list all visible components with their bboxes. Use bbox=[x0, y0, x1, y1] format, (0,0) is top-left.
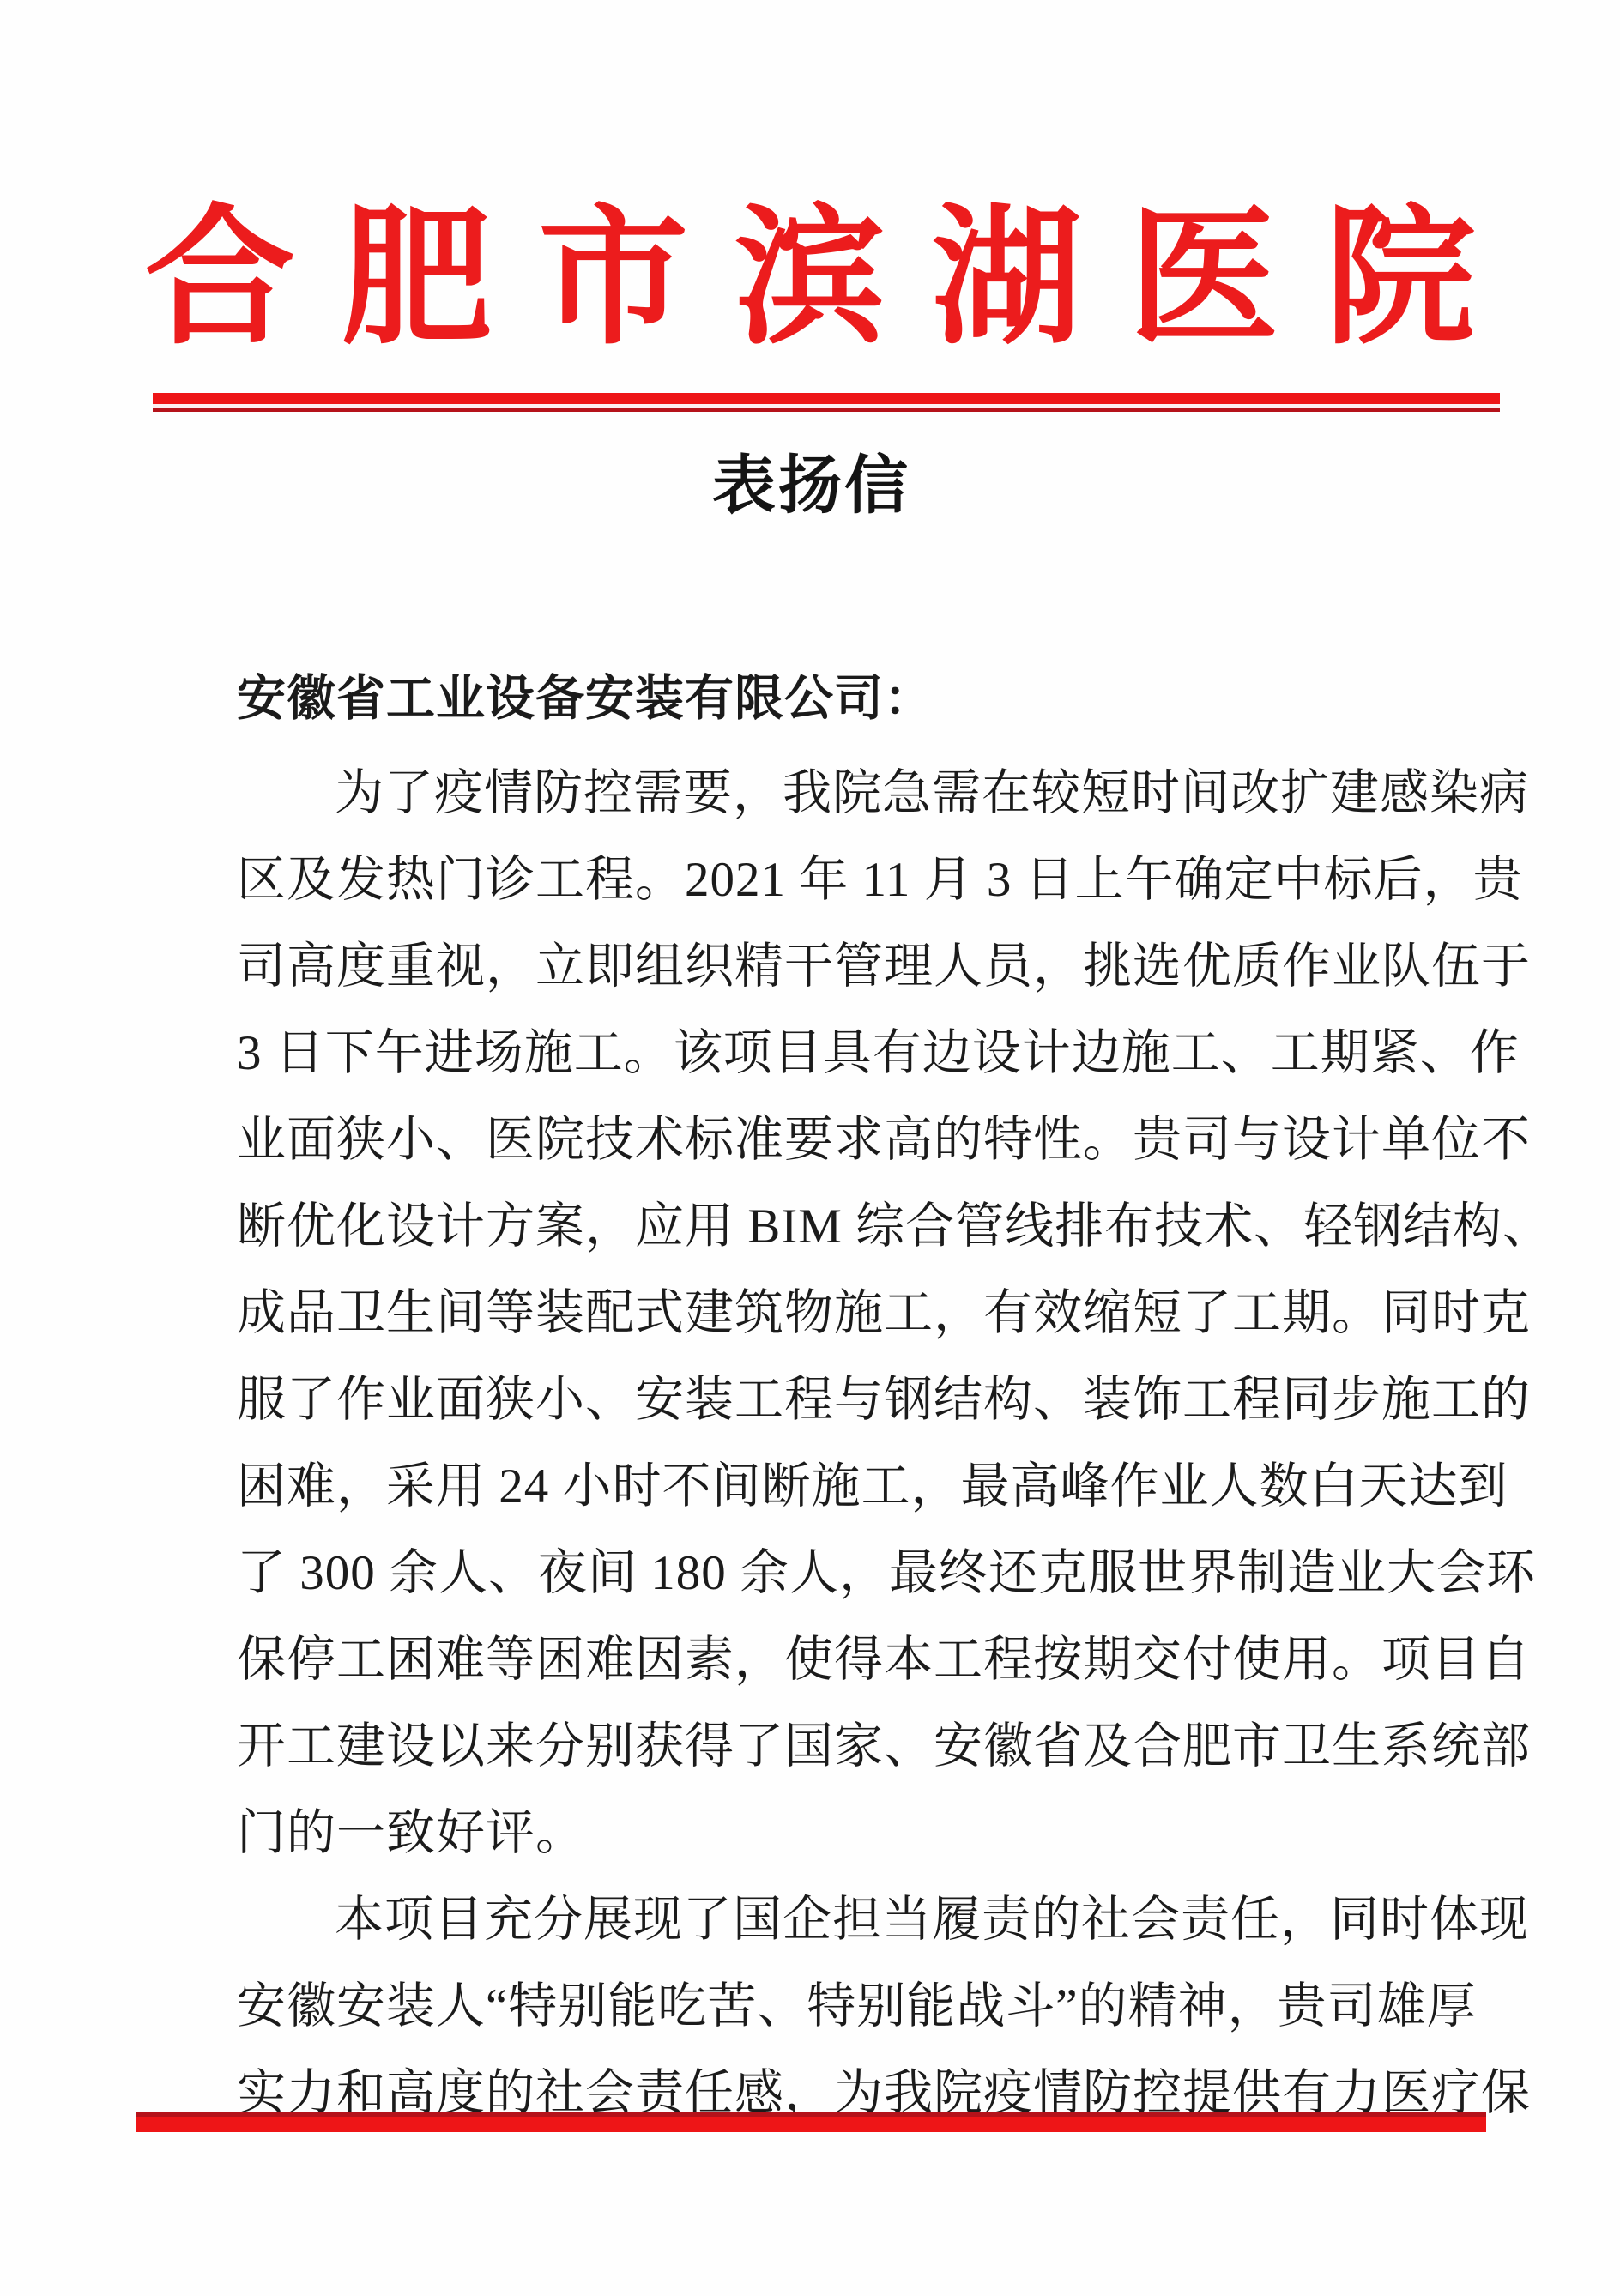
body-line: 业面狭小、医院技术标准要求高的特性。贵司与设计单位不 bbox=[237, 1097, 1390, 1183]
body-line: 门的一致好评。 bbox=[237, 1790, 1390, 1876]
header-rule-thick-bar bbox=[153, 393, 1500, 404]
hospital-letterhead: 合肥市滨湖医院 bbox=[0, 196, 1620, 363]
letter-body: 安徽省工业设备安装有限公司： 为了疫情防控需要，我院急需在较短时间改扩建感染病 … bbox=[237, 656, 1390, 2136]
body-line: 断优化设计方案，应用 BIM 综合管线排布技术、轻钢结构、 bbox=[237, 1183, 1390, 1270]
body-line: 成品卫生间等装配式建筑物施工，有效缩短了工期。同时克 bbox=[237, 1270, 1390, 1356]
body-line: 区及发热门诊工程。2021 年 11 月 3 日上午确定中标后，贵 bbox=[237, 837, 1390, 923]
body-line: 本项目充分展现了国企担当履责的社会责任，同时体现 bbox=[237, 1876, 1390, 1963]
body-line: 服了作业面狭小、安装工程与钢结构、装饰工程同步施工的 bbox=[237, 1356, 1390, 1443]
letter-title: 表扬信 bbox=[0, 448, 1620, 525]
body-line: 司高度重视，立即组织精干管理人员，挑选优质作业队伍于 bbox=[237, 923, 1390, 1010]
body-line: 困难，采用 24 小时不间断施工，最高峰作业人数白天达到 bbox=[237, 1443, 1390, 1530]
salutation: 安徽省工业设备安装有限公司： bbox=[237, 656, 1390, 742]
header-rule bbox=[153, 393, 1500, 412]
body-line: 保停工困难等困难因素，使得本工程按期交付使用。项目自 bbox=[237, 1616, 1390, 1703]
body-line: 了 300 余人、夜间 180 余人，最终还克服世界制造业大会环 bbox=[237, 1530, 1390, 1616]
body-line: 3 日下午进场施工。该项目具有边设计边施工、工期紧、作 bbox=[237, 1010, 1390, 1097]
letter-page: 合肥市滨湖医院 表扬信 安徽省工业设备安装有限公司： 为了疫情防控需要，我院急需… bbox=[0, 0, 1620, 2296]
body-line: 安徽安装人“特别能吃苦、特别能战斗”的精神，贵司雄厚 bbox=[237, 1963, 1390, 2050]
footer-rule bbox=[136, 2112, 1486, 2132]
footer-rule-thick-bar bbox=[136, 2117, 1486, 2132]
header-rule-thin-bar bbox=[153, 408, 1500, 412]
body-line: 为了疫情防控需要，我院急需在较短时间改扩建感染病 bbox=[237, 750, 1390, 837]
body-line: 开工建设以来分别获得了国家、安徽省及合肥市卫生系统部 bbox=[237, 1703, 1390, 1790]
